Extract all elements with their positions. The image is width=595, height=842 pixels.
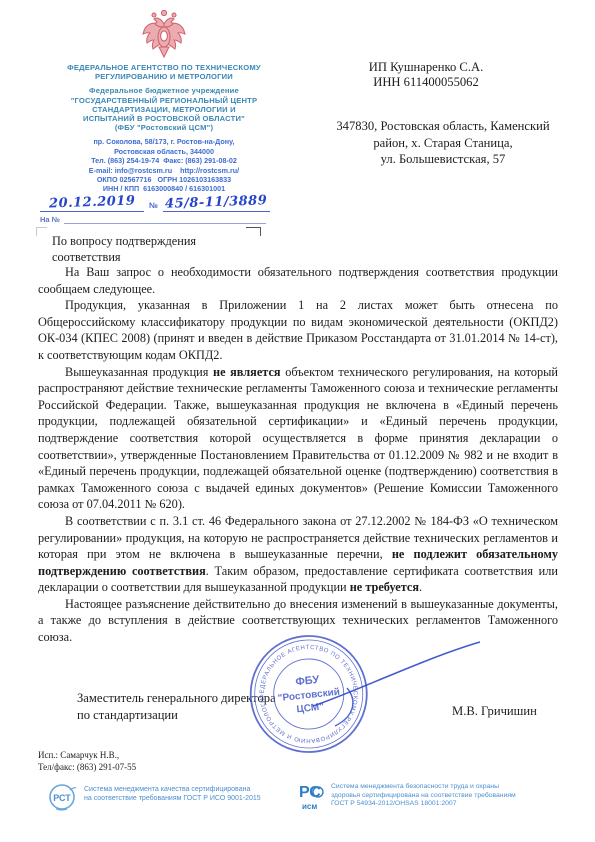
rst-logo-text: РСТ (53, 793, 71, 803)
addressee-block: ИП Кушнаренко С.А. ИНН 611400055062 (322, 60, 530, 90)
signer-position-line: по стандартизации (77, 707, 276, 724)
contact-line: E-mail: info@rostcsm.ru http://rostcsm.r… (33, 166, 295, 175)
rst-logo-icon: РСТ (46, 782, 78, 814)
organization-line: Федеральное бюджетное учреждение (33, 86, 295, 95)
subject-line: соответствия (52, 249, 242, 265)
organization-line: "ГОСУДАРСТВЕННЫЙ РЕГИОНАЛЬНЫЙ ЦЕНТР (33, 96, 295, 105)
reference-line: 20.12.2019 № 45/8-11/3889 (40, 193, 270, 212)
organization-line: ИСПЫТАНИЙ В РОСТОВСКОЙ ОБЛАСТИ" (33, 114, 295, 123)
ism-logo-icon: РС исм (298, 780, 326, 814)
in-reply-to-label: На № (40, 215, 60, 224)
frame-corner-right (246, 227, 261, 236)
agency-line: ФЕДЕРАЛЬНОЕ АГЕНТСТВО ПО ТЕХНИЧЕСКОМУ (33, 63, 295, 72)
address-line: 347830, Ростовская область, Каменский (328, 118, 558, 135)
russia-coat-of-arms-icon (141, 10, 187, 58)
bold-emphasis: не является (213, 365, 281, 379)
text-run: . (419, 580, 422, 594)
addressee-address: 347830, Ростовская область, Каменскийрай… (328, 118, 558, 168)
subject-block: По вопросу подтверждениясоответствия (52, 233, 242, 265)
body-paragraph: В соответствии с п. 3.1 ст. 46 Федеральн… (38, 513, 558, 596)
outgoing-number-field: 45/8-11/3889 (163, 193, 270, 212)
signature-stroke (295, 628, 495, 738)
body-paragraph: На Ваш запрос о необходимости обязательн… (38, 264, 558, 297)
executor-name: Исп.: Самарчук Н.В., (38, 750, 136, 762)
text-run: Продукция, указанная в Приложении 1 на 2… (38, 298, 558, 362)
addressee-name: ИП Кушнаренко С.А. (322, 60, 530, 75)
address-line: район, х. Старая Станица, (328, 135, 558, 152)
ohsas-cert-line: Система менеджмента безопасности труда и… (331, 783, 516, 792)
qms-cert-mark: РСТ Система менеджмента качества сертифи… (46, 782, 261, 814)
organization-line: СТАНДАРТИЗАЦИИ, МЕТРОЛОГИИ И (33, 105, 295, 114)
organization-name: Федеральное бюджетное учреждение"ГОСУДАР… (33, 86, 295, 132)
body-paragraph: Вышеуказанная продукция не является объе… (38, 364, 558, 513)
addressee-inn: ИНН 611400055062 (322, 75, 530, 90)
qms-cert-line: Система менеджмента качества сертифициро… (84, 785, 261, 794)
executor-phone: Тел/факс: (863) 291-07-55 (38, 762, 136, 774)
ohsas-cert-mark: РС исм Система менеджмента безопасности … (298, 780, 516, 814)
bold-emphasis: не требуется (350, 580, 419, 594)
document-page: ФЕДЕРАЛЬНОЕ АГЕНТСТВО ПО ТЕХНИЧЕСКОМУРЕГ… (0, 0, 595, 842)
agency-line: РЕГУЛИРОВАНИЮ И МЕТРОЛОГИИ (33, 72, 295, 81)
qms-cert-line: на соответствие требованиям ГОСТ Р ИСО 9… (84, 794, 261, 803)
letter-body: На Ваш запрос о необходимости обязательн… (38, 264, 558, 646)
subject-line: По вопросу подтверждения (52, 233, 242, 249)
agency-name: ФЕДЕРАЛЬНОЕ АГЕНТСТВО ПО ТЕХНИЧЕСКОМУРЕГ… (33, 63, 295, 81)
in-reply-to-line: На № (40, 214, 266, 224)
ohsas-cert-text: Система менеджмента безопасности труда и… (331, 780, 516, 809)
outgoing-number: 45/8-11/3889 (165, 193, 268, 212)
letterhead: ФЕДЕРАЛЬНОЕ АГЕНТСТВО ПО ТЕХНИЧЕСКОМУРЕГ… (33, 10, 295, 194)
outgoing-date: 20.12.2019 (49, 193, 136, 211)
contact-line: Ростовская область, 344000 (33, 147, 295, 156)
organization-contacts: пр. Соколова, 58/173, г. Ростов-на-Дону,… (33, 137, 295, 193)
contact-line: Тел. (863) 254-19-74 Факс: (863) 291-08-… (33, 156, 295, 165)
contact-line: ОКПО 02567716 ОГРН 1026103163833 (33, 175, 295, 184)
address-line: ул. Большевистская, 57 (328, 151, 558, 168)
body-paragraph: Продукция, указанная в Приложении 1 на 2… (38, 297, 558, 363)
number-sign: № (149, 201, 158, 212)
emblem-wrap (33, 10, 295, 60)
ism-logo-subtext: исм (302, 802, 317, 811)
outgoing-date-field: 20.12.2019 (40, 193, 144, 212)
contact-line: пр. Соколова, 58/173, г. Ростов-на-Дону, (33, 137, 295, 146)
executor-info: Исп.: Самарчук Н.В., Тел/факс: (863) 291… (38, 750, 136, 773)
qms-cert-text: Система менеджмента качества сертифициро… (84, 782, 261, 803)
text-run: Вышеуказанная продукция (65, 365, 213, 379)
ohsas-cert-line: здоровья сертифицирована на соответствие… (331, 792, 516, 801)
organization-line: (ФБУ "Ростовский ЦСМ") (33, 123, 295, 132)
text-run: На Ваш запрос о необходимости обязательн… (38, 265, 558, 296)
text-run: объектом технического регулирования, на … (38, 365, 558, 512)
frame-corner-left (36, 227, 47, 236)
in-reply-to-blank (64, 214, 266, 224)
ohsas-cert-line: ГОСТ Р 54934-2012/OHSAS 18001:2007 (331, 800, 516, 809)
